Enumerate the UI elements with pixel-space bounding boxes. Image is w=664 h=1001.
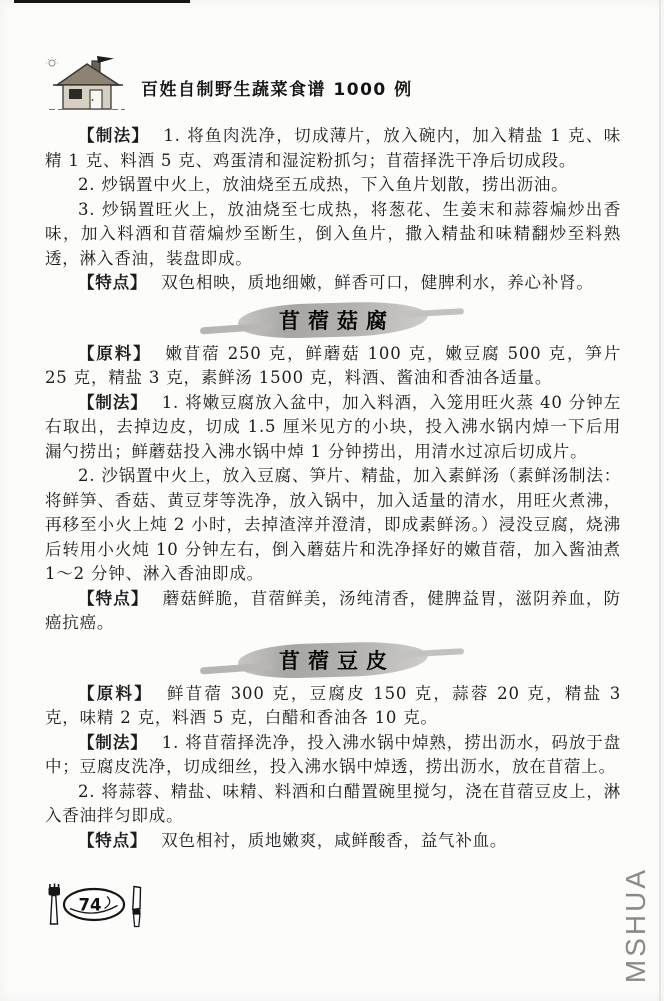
paragraph-text: 2. 炒锅置中火上，放油烧至五成热，下入鱼片划散，捞出沥油。	[78, 175, 569, 194]
recipe-title: 苜蓿菇腐	[271, 305, 395, 335]
paragraph: 【特点】双色相衬，质地嫩爽，咸鲜酸香，益气补血。	[45, 829, 621, 854]
house-icon	[45, 55, 129, 119]
intro-recipe-section: 【制法】1. 将鱼肉洗净，切成薄片，放入碗内，加入精盐 1 克、味精 1 克、料…	[45, 124, 621, 296]
watermark: MSHUA	[619, 850, 653, 1000]
paragraph-text: 2. 沙锅置中火上，放入豆腐、笋片、精盐，加入素鲜汤（素鲜汤制法：将鲜笋、香菇、…	[45, 466, 621, 583]
paragraph-label: 【制法】	[78, 126, 149, 145]
page-number: 74	[79, 896, 102, 915]
page-edge-shadow	[659, 0, 661, 1001]
paragraph: 3. 炒锅置旺火上，放油烧至七成热，将葱花、生姜末和蒜蓉煸炒出香味，加入料酒和苜…	[45, 198, 621, 272]
plate-icon: 74	[64, 889, 124, 920]
paragraph: 【原料】鲜苜蓿 300 克，豆腐皮 150 克，蒜蓉 20 克，精盐 3 克，味…	[45, 682, 621, 731]
paragraph: 【制法】1. 将苜蓿择洗净，投入沸水锅中焯熟，捞出沥水，码放于盘中；豆腐皮洗净，…	[45, 731, 621, 780]
recipe-title-badge: 苜蓿豆皮	[238, 643, 428, 677]
recipe-title-row: 苜蓿豆皮	[45, 643, 621, 677]
brush-stroke	[398, 648, 464, 657]
paragraph: 【特点】蘑菇鲜脆，苜蓿鲜美，汤纯清香，健脾益胃，滋阴养血，防癌抗癌。	[45, 587, 621, 636]
paragraph-label: 【原料】	[78, 344, 151, 363]
knife-icon	[133, 887, 141, 927]
recipe-section: 苜蓿菇腐 【原料】嫩苜蓿 250 克，鲜蘑菇 100 克，嫩豆腐 500 克，笋…	[45, 303, 621, 636]
paragraph: 【制法】1. 将嫩豆腐放入盆中，加入料酒，入笼用旺火蒸 40 分钟左右取出，去掉…	[45, 391, 621, 465]
page-footer: 74	[45, 883, 621, 933]
paragraph-label: 【制法】	[78, 393, 148, 412]
paragraph-text: 双色相映，质地细嫩，鲜香可口，健脾利水，养心补肾。	[161, 273, 594, 292]
page-content: 百姓自制野生蔬菜食谱 1000 例 【制法】1. 将鱼肉洗净，切成薄片，放入碗内…	[45, 56, 621, 933]
paragraph-label: 【特点】	[78, 589, 149, 608]
brush-stroke	[200, 662, 272, 674]
book-title: 百姓自制野生蔬菜食谱 1000 例	[141, 75, 413, 100]
brush-stroke	[200, 322, 272, 334]
paragraph-label: 【制法】	[78, 733, 148, 752]
paragraph-label: 【原料】	[78, 684, 153, 703]
recipe-title: 苜蓿豆皮	[271, 645, 395, 675]
scan-artifact-line	[14, 0, 190, 3]
paragraph-label: 【特点】	[78, 831, 147, 850]
recipe-section: 苜蓿豆皮 【原料】鲜苜蓿 300 克，豆腐皮 150 克，蒜蓉 20 克，精盐 …	[45, 643, 621, 854]
paragraph-text: 双色相衬，质地嫩爽，咸鲜酸香，益气补血。	[161, 831, 507, 850]
page-number-plate: 74	[45, 883, 149, 933]
paragraph-label: 【特点】	[78, 273, 147, 292]
paragraph-text: 3. 炒锅置旺火上，放油烧至七成热，将葱花、生姜末和蒜蓉煸炒出香味，加入料酒和苜…	[45, 200, 621, 268]
paragraph: 【制法】1. 将鱼肉洗净，切成薄片，放入碗内，加入精盐 1 克、味精 1 克、料…	[45, 124, 621, 173]
recipe-title-badge: 苜蓿菇腐	[238, 303, 428, 337]
page-header: 百姓自制野生蔬菜食谱 1000 例	[45, 56, 621, 118]
paragraph: 2. 沙锅置中火上，放入豆腐、笋片、精盐，加入素鲜汤（素鲜汤制法：将鲜笋、香菇、…	[45, 464, 621, 587]
paragraph: 【特点】双色相映，质地细嫩，鲜香可口，健脾利水，养心补肾。	[45, 271, 621, 296]
paragraph: 【原料】嫩苜蓿 250 克，鲜蘑菇 100 克，嫩豆腐 500 克，笋片 25 …	[45, 342, 621, 391]
book-page: 百姓自制野生蔬菜食谱 1000 例 【制法】1. 将鱼肉洗净，切成薄片，放入碗内…	[0, 0, 664, 1001]
fork-icon	[49, 884, 61, 925]
recipe-title-row: 苜蓿菇腐	[45, 303, 621, 337]
paragraph: 2. 将蒜蓉、精盐、味精、料酒和白醋置碗里搅匀，浇在苜蓿豆皮上，淋入香油拌匀即成…	[45, 780, 621, 829]
brush-stroke	[398, 308, 464, 317]
paragraph: 2. 炒锅置中火上，放油烧至五成热，下入鱼片划散，捞出沥油。	[45, 173, 621, 198]
paragraph-text: 2. 将蒜蓉、精盐、味精、料酒和白醋置碗里搅匀，浇在苜蓿豆皮上，淋入香油拌匀即成…	[45, 782, 621, 826]
